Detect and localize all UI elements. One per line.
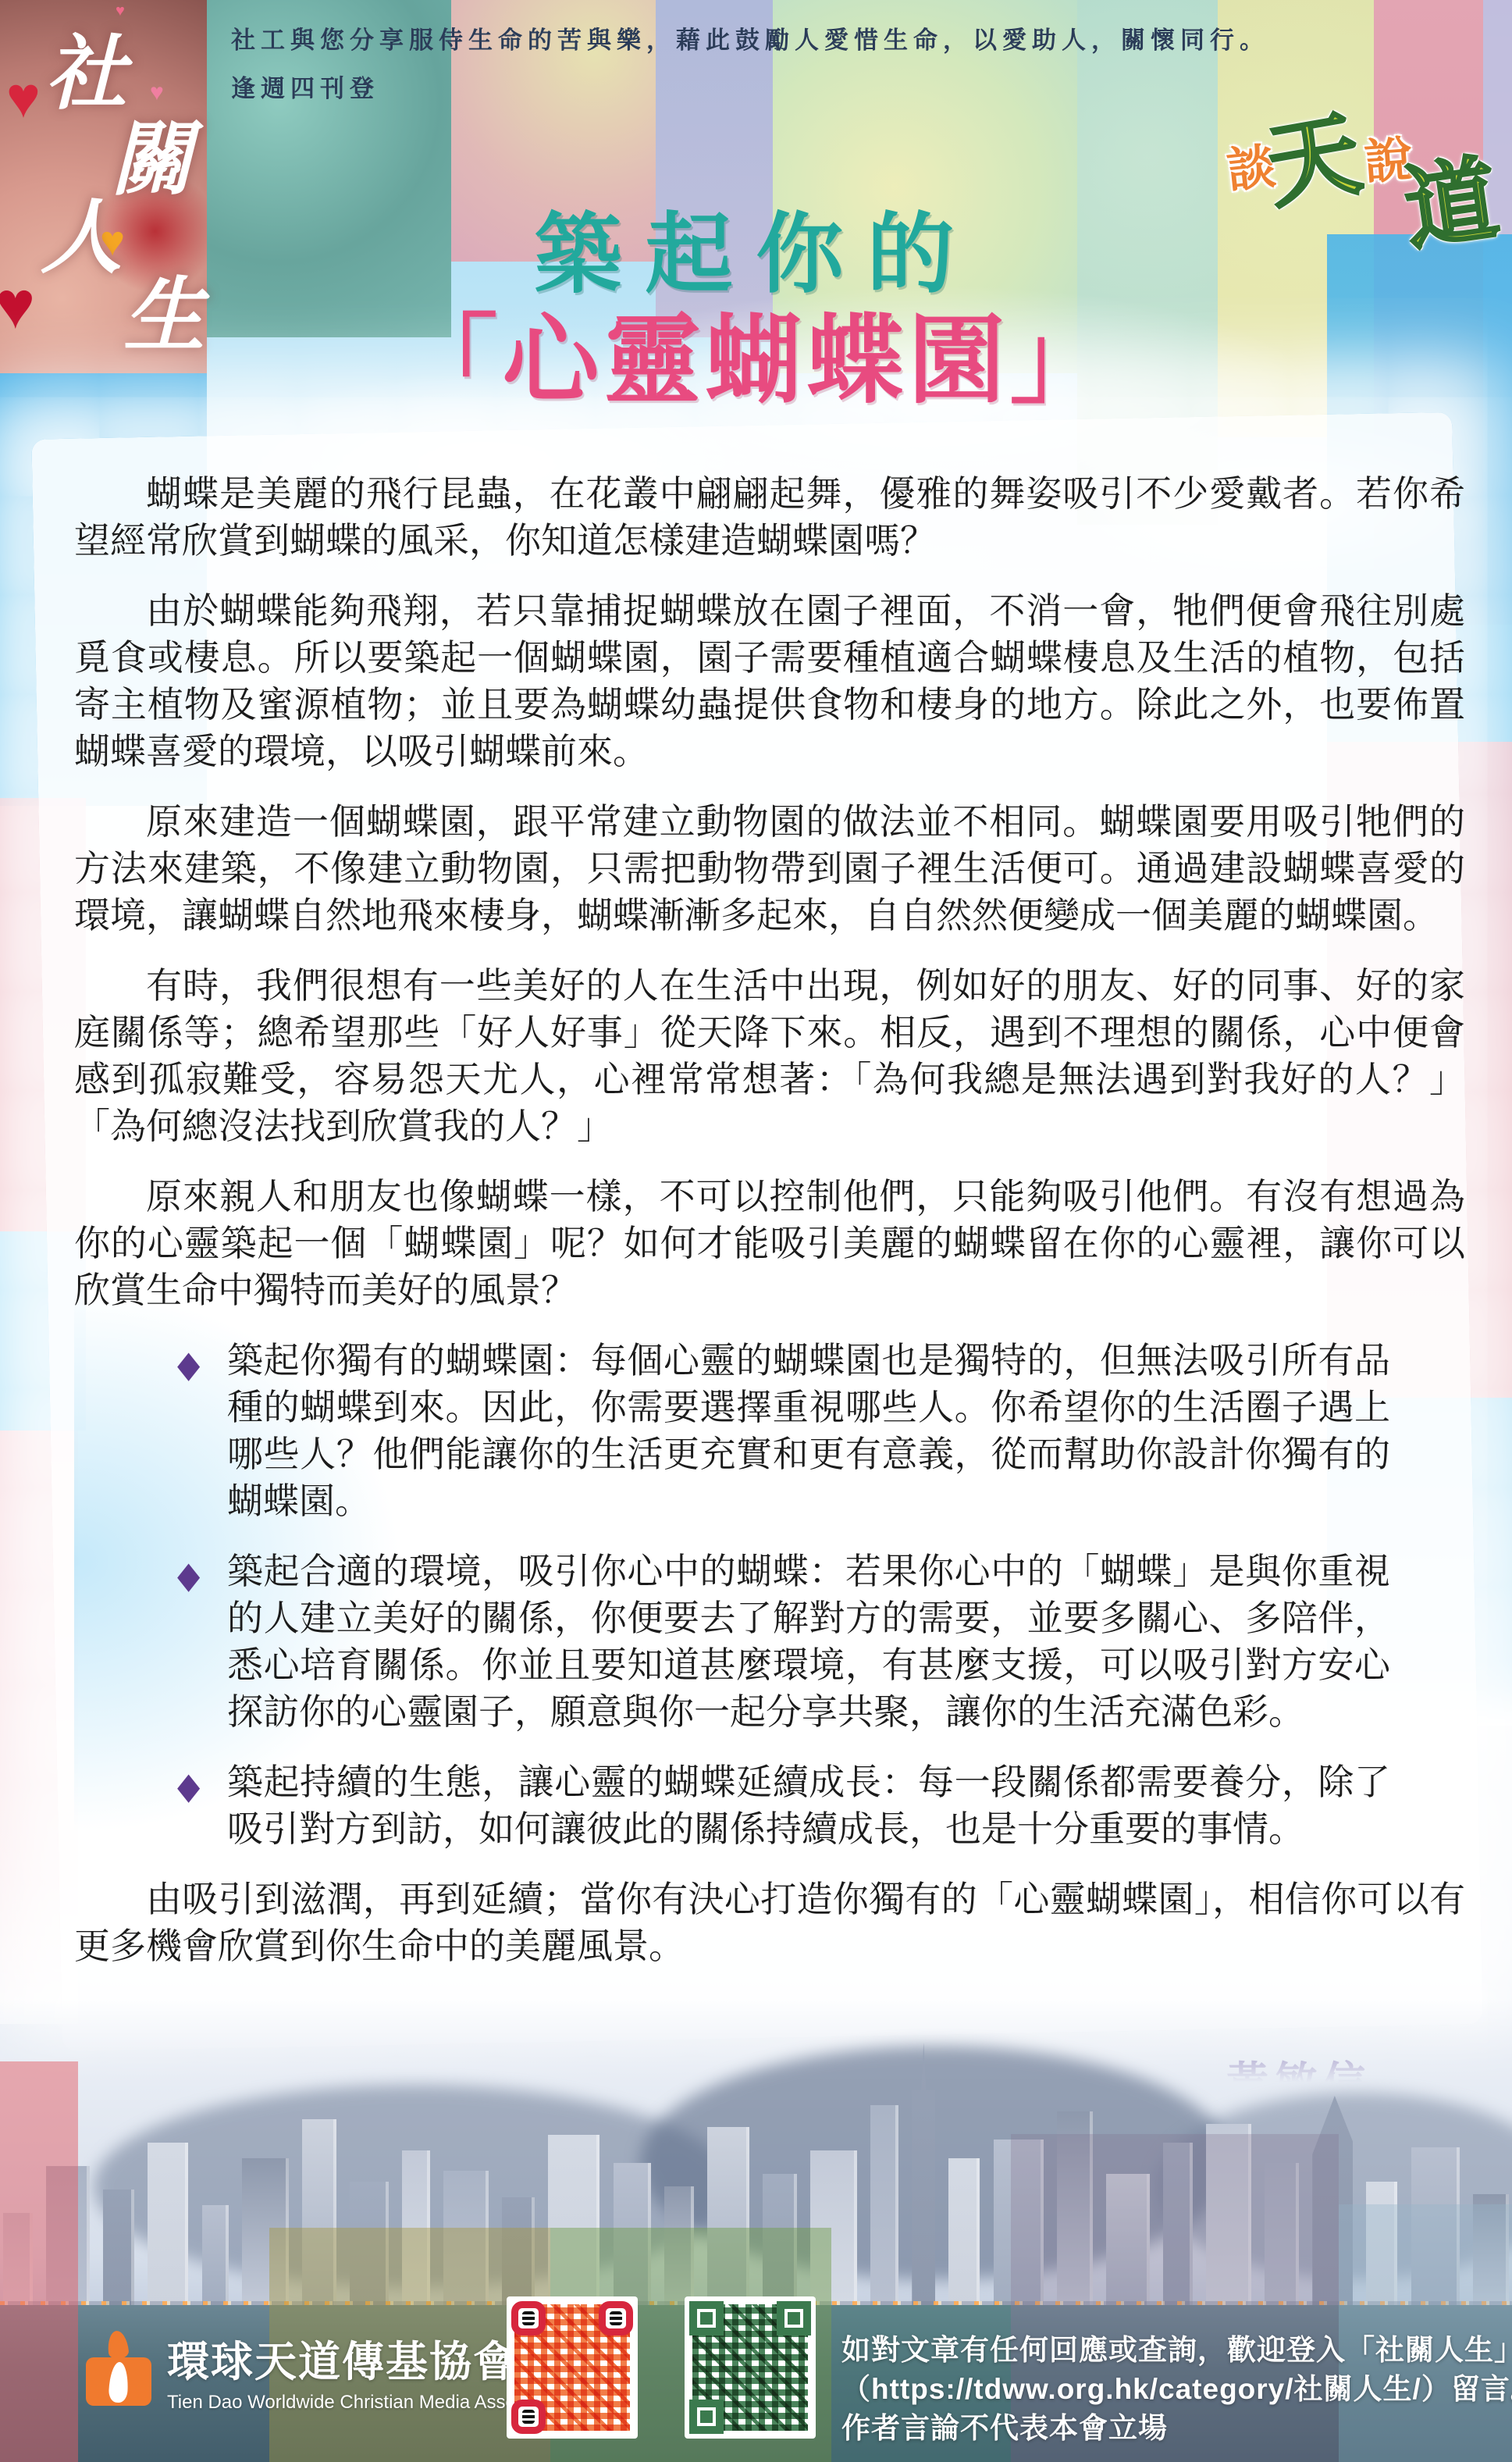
- paragraph: 原來親人和朋友也像蝴蝶一樣，不可以控制他們，只能夠吸引他們。有沒有想過為你的心靈…: [74, 1173, 1465, 1313]
- bullet-text: 築起持續的生態，讓心靈的蝴蝶延續成長：每一段關係都需要養分，除了吸引對方到訪，如…: [227, 1762, 1390, 1849]
- bullet-list: ◆ 築起你獨有的蝴蝶園：每個心靈的蝴蝶園也是獨特的，但無法吸引所有品種的蝴蝶到來…: [227, 1337, 1390, 1852]
- bullet-text: 築起合適的環境，吸引你心中的蝴蝶：若果你心中的「蝴蝶」是與你重視的人建立美好的關…: [227, 1551, 1390, 1732]
- qr-finder-icon: [777, 2301, 811, 2336]
- qr-finder-icon: [689, 2301, 724, 2336]
- article-title-line2: 「心靈蝴蝶園」: [0, 283, 1512, 422]
- footer-note-line2: （https://tdww.org.hk/category/社關人生/）留言。: [841, 2370, 1512, 2409]
- masthead-tagline-line2: 逢週四刊登: [231, 69, 379, 104]
- water-tint-band: [0, 2061, 78, 2462]
- footer-note-line3: 作者言論不代表本會立場: [841, 2409, 1512, 2448]
- bullet-item: ◆ 築起你獨有的蝴蝶園：每個心靈的蝴蝶園也是獨特的，但無法吸引所有品種的蝴蝶到來…: [227, 1337, 1390, 1524]
- heart-icon: ♥: [150, 81, 164, 105]
- building: [912, 2043, 935, 2305]
- diamond-bullet-icon: ◆: [177, 1758, 200, 1816]
- bullet-item: ◆ 築起持續的生態，讓心靈的蝴蝶延續成長：每一段關係都需要養分，除了吸引對方到訪…: [227, 1758, 1390, 1852]
- harbour-skyline: 環球天道傳基協會 Tien Dao Worldwide Christian Me…: [0, 1999, 1512, 2462]
- candle-logo-icon: [86, 2331, 151, 2406]
- article-body: 蝴蝶是美麗的飛行昆蟲，在花叢中翩翩起舞，優雅的舞姿吸引不少愛戴者。若你希望經常欣…: [74, 470, 1465, 1993]
- building: [870, 2105, 898, 2305]
- footer-notes: 如對文章有任何回應或查詢，歡迎登入「社關人生」 （https://tdww.or…: [841, 2331, 1512, 2448]
- paragraph: 原來建造一個蝴蝶園，跟平常建立動物園的做法並不相同。蝴蝶園要用吸引牠們的方法來建…: [74, 798, 1465, 939]
- building: [148, 2143, 188, 2305]
- paragraph: 有時，我們很想有一些美好的人在生活中出現，例如好的朋友、好的同事、好的家庭關係等…: [74, 962, 1465, 1149]
- heart-icon: ♥: [116, 3, 125, 19]
- column-logo-char: 社: [45, 33, 126, 114]
- building: [948, 2158, 980, 2305]
- building: [202, 2205, 229, 2305]
- org-name-zh: 環球天道傳基協會: [167, 2328, 517, 2389]
- qr-code-green: [685, 2296, 816, 2439]
- diamond-bullet-icon: ◆: [177, 1547, 200, 1605]
- bullet-text: 築起你獨有的蝴蝶園：每個心靈的蝴蝶園也是獨特的，但無法吸引所有品種的蝴蝶到來。因…: [227, 1340, 1390, 1521]
- candle-flame: [106, 2330, 130, 2360]
- bullet-item: ◆ 築起合適的環境，吸引你心中的蝴蝶：若果你心中的「蝴蝶」是與你重視的人建立美好…: [227, 1548, 1390, 1735]
- footer-note-line1: 如對文章有任何回應或查詢，歡迎登入「社關人生」: [841, 2331, 1512, 2370]
- heart-icon: ♥: [6, 69, 41, 126]
- qr-finder-icon: [511, 2301, 546, 2336]
- qr-finder-icon: [689, 2400, 724, 2434]
- qr-finder-icon: [511, 2400, 546, 2434]
- qr-code-orange: [507, 2296, 638, 2439]
- qr-finder-icon: [599, 2301, 633, 2336]
- paragraph: 蝴蝶是美麗的飛行昆蟲，在花叢中翩翩起舞，優雅的舞姿吸引不少愛戴者。若你希望經常欣…: [74, 470, 1465, 564]
- poster-page: ♥ ♥ ♥ ♥ ♥ 社 關 人 生 社工與您分享服侍生命的苦與樂，藉此鼓勵人愛惜…: [0, 0, 1512, 2462]
- paragraph: 由於蝴蝶能夠飛翔，若只靠捕捉蝴蝶放在園子裡面，不消一會，牠們便會飛往別處覓食或棲…: [74, 587, 1465, 775]
- closing-paragraph: 由吸引到滋潤，再到延續；當你有決心打造你獨有的「心靈蝴蝶園」，相信你可以有更多機…: [74, 1876, 1465, 1969]
- building: [103, 2189, 134, 2305]
- diamond-bullet-icon: ◆: [177, 1336, 200, 1395]
- masthead-tagline-line1: 社工與您分享服侍生命的苦與樂，藉此鼓勵人愛惜生命，以愛助人，關懷同行。: [231, 20, 1269, 55]
